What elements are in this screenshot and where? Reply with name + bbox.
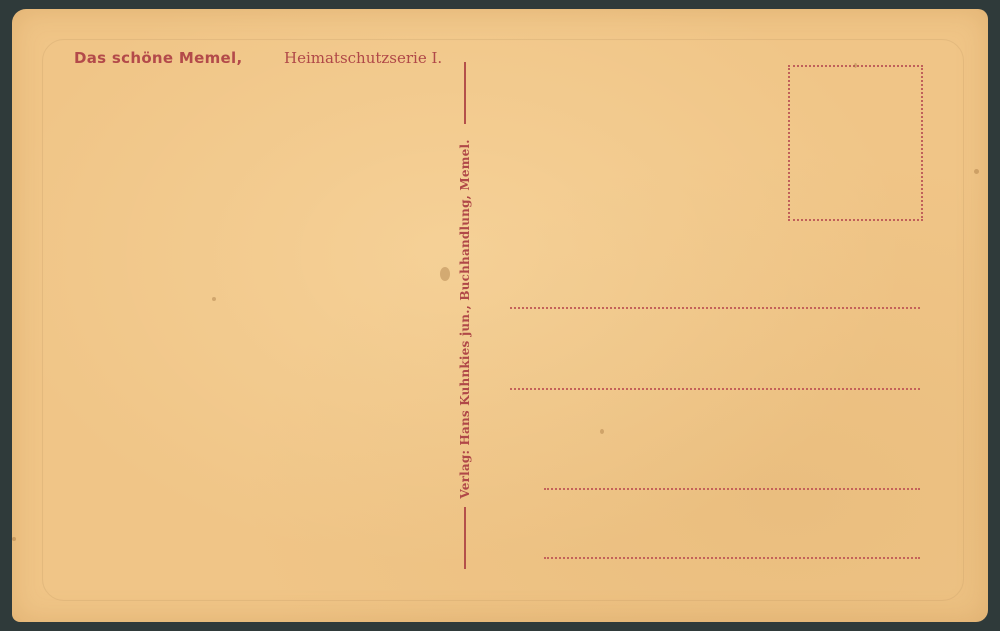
paper-speck xyxy=(600,429,604,434)
paper-speck xyxy=(854,63,857,68)
postcard-back: Das schöne Memel, Heimatschutzserie I. V… xyxy=(12,9,988,622)
publisher-imprint: Verlag: Hans Kuhnkies jun., Buchhandlung… xyxy=(458,139,472,498)
divider-line-top xyxy=(464,62,466,124)
paper-speck xyxy=(440,267,450,281)
address-line-2 xyxy=(510,388,920,390)
series-label: Heimatschutzserie I. xyxy=(284,49,442,67)
address-line-4 xyxy=(544,557,920,559)
paper-speck xyxy=(12,537,16,541)
divider-line-bottom xyxy=(464,507,466,569)
stamp-box xyxy=(788,65,923,221)
address-line-3 xyxy=(544,488,920,490)
address-line-1 xyxy=(510,307,920,309)
postcard-title: Das schöne Memel, xyxy=(74,49,242,67)
paper-speck xyxy=(212,297,216,301)
paper-speck xyxy=(974,169,979,174)
